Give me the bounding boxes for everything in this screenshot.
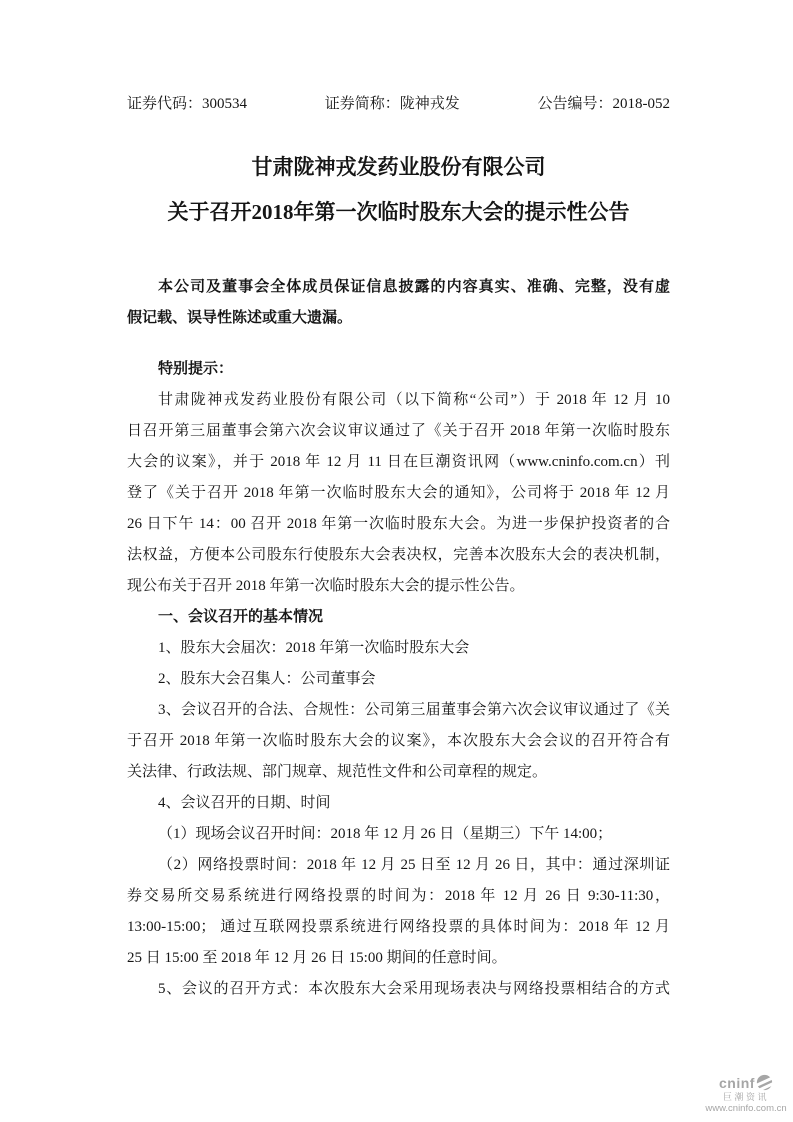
announcement-number: 公告编号：2018-052 [538,94,671,114]
body-line-item3: 3、会议召开的合法、合规性：公司第三届董事会第六次会议审议通过了《关 [127,695,670,726]
cninfo-brand-text: cninf [719,1076,755,1090]
body-line: 25 日 15:00 至 2018 年 12 月 26 日 15:00 期间的任… [127,943,670,974]
cninfo-swirl-icon [756,1074,773,1091]
document-header: 证券代码：300534 证券简称：陇神戎发 公告编号：2018-052 [127,94,670,114]
intro-line: 现公布关于召开 2018 年第一次临时股东大会的提示性公告。 [127,571,670,602]
disclaimer-line: 假记载、误导性陈述或重大遗漏。 [127,303,670,334]
document-title: 甘肃陇神戎发药业股份有限公司 关于召开2018年第一次临时股东大会的提示性公告 [127,145,670,235]
intro-line: 法权益，方便本公司股东行使股东大会表决权，完善本次股东大会的表决机制， [127,540,670,571]
body-line: 关法律、行政法规、部门规章、规范性文件和公司章程的规定。 [127,757,670,788]
section-meeting-basic-info: 一、会议召开的基本情况 1、股东大会届次：2018 年第一次临时股东大会 2、股… [127,602,670,1005]
body-line-item5: 5、会议的召开方式：本次股东大会采用现场表决与网络投票相结合的方式 [127,974,670,1005]
body-line-item2: 2、股东大会召集人：公司董事会 [127,664,670,695]
stock-code: 证券代码：300534 [127,94,247,114]
special-notice-label: 特别提示： [127,354,670,385]
body-line: 于召开 2018 年第一次临时股东大会的议案》，本次股东大会会议的召开符合有 [127,726,670,757]
body-line-item1: 1、股东大会届次：2018 年第一次临时股东大会 [127,633,670,664]
intro-line: 登了《关于召开 2018 年第一次临时股东大会的通知》，公司将于 2018 年 … [127,478,670,509]
cninfo-chinese-name: 巨潮资讯 [702,1093,790,1102]
body-line: 券交易所交易系统进行网络投票的时间为：2018 年 12 月 26 日 9:30… [127,881,670,912]
intro-paragraph: 甘肃陇神戎发药业股份有限公司（以下简称“公司”）于 2018 年 12 月 10… [127,385,670,602]
intro-line: 26 日下午 14：00 召开 2018 年第一次临时股东大会。为进一步保护投资… [127,509,670,540]
cninfo-url: www.cninfo.com.cn [702,1104,790,1114]
section-heading: 一、会议召开的基本情况 [127,602,670,633]
disclaimer-line: 本公司及董事会全体成员保证信息披露的内容真实、准确、完整，没有虚 [127,272,670,303]
disclaimer: 本公司及董事会全体成员保证信息披露的内容真实、准确、完整，没有虚 假记载、误导性… [127,272,670,334]
intro-line: 日召开第三届董事会第六次会议审议通过了《关于召开 2018 年第一次临时股东 [127,416,670,447]
company-name-title: 甘肃陇神戎发药业股份有限公司 [127,145,670,190]
stock-name: 证券简称：陇神戎发 [325,94,460,114]
intro-line: 大会的议案》，并于 2018 年 12 月 11 日在巨潮资讯网（www.cni… [127,447,670,478]
body-line-item4-1: （1）现场会议召开时间：2018 年 12 月 26 日（星期三）下午 14:0… [127,819,670,850]
body-line: 13:00-15:00； 通过互联网投票系统进行网络投票的具体时间为：2018 … [127,912,670,943]
body-line-item4-2: （2）网络投票时间：2018 年 12 月 25 日至 12 月 26 日，其中… [127,850,670,881]
intro-line: 甘肃陇神戎发药业股份有限公司（以下简称“公司”）于 2018 年 12 月 10 [127,385,670,416]
cninfo-logo: cninf 巨潮资讯 www.cninfo.com.cn [702,1074,790,1114]
body-line-item4: 4、会议召开的日期、时间 [127,788,670,819]
announcement-page: 证券代码：300534 证券简称：陇神戎发 公告编号：2018-052 甘肃陇神… [0,0,793,1122]
announcement-title: 关于召开2018年第一次临时股东大会的提示性公告 [127,190,670,235]
